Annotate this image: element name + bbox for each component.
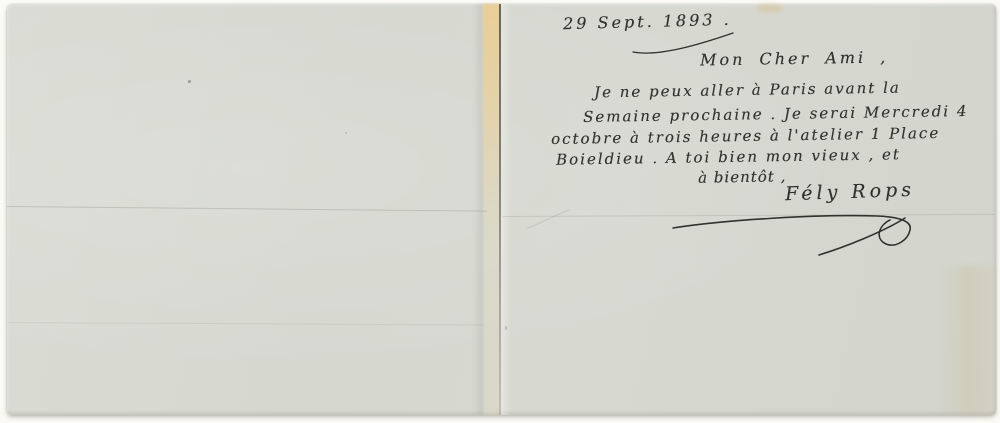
salutation-line: Mon Cher Ami , (700, 48, 888, 70)
letter-scan: 29 Sept. 1893 . Mon Cher Ami , Je ne peu… (0, 0, 1000, 423)
paper-speck (345, 132, 347, 134)
signature: Fély Rops (785, 179, 916, 206)
paper-speck (188, 80, 191, 83)
signature-flourish (669, 207, 921, 259)
closing-line: à bientôt , (698, 167, 787, 186)
fold-discoloration-top (483, 4, 500, 244)
letter-sheet: 29 Sept. 1893 . Mon Cher Ami , Je ne peu… (7, 4, 996, 415)
